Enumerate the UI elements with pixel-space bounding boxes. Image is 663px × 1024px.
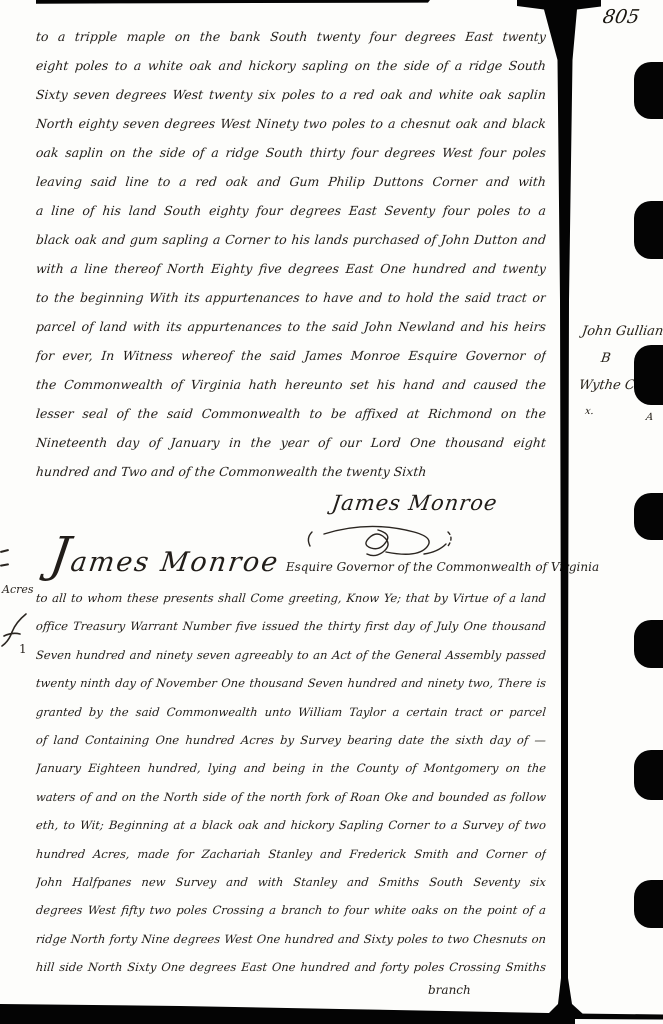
signature-flourish: [304, 520, 454, 564]
manuscript-line: eight poles to a white oak and hickory s…: [35, 51, 548, 80]
manuscript-line: twenty ninth day of November One thousan…: [35, 669, 547, 697]
deed1-paragraph: to a tripple maple on the bank South twe…: [36, 22, 546, 486]
manuscript-line: John Halfpanes new Survey and with Stanl…: [35, 868, 547, 896]
manuscript-line: to the beginning With its appurtenances …: [35, 283, 548, 312]
margin-mark: [0, 563, 9, 567]
manuscript-line: waters of and on the North side of the n…: [35, 783, 547, 811]
manuscript-line: January Eighteen hundred, lying and bein…: [35, 754, 547, 782]
index-tab: [634, 345, 663, 405]
folio-number: 805: [601, 6, 641, 28]
facing-page-margin-line: B: [600, 351, 612, 366]
manuscript-line: of land Containing One hundred Acres by …: [35, 726, 547, 754]
scan-edge-artifact-bottom-left: [0, 1004, 575, 1024]
margin-number-mark: 1: [19, 642, 27, 656]
manuscript-line: degrees West fifty two poles Crossing a …: [35, 896, 547, 924]
manuscript-line: for ever, In Witness whereof the said Ja…: [35, 341, 548, 370]
facing-page-margin-line: John Gullian: [581, 324, 663, 339]
index-tab: [634, 62, 663, 119]
manuscript-line: the Commonwealth of Virginia hath hereun…: [35, 370, 548, 399]
manuscript-line: to all to whom these presents shall Come…: [35, 584, 547, 612]
deed2-grantor-name: James Monroe: [45, 526, 284, 592]
facing-page-margin-line: Wythe C: [578, 378, 636, 393]
manuscript-line: to a tripple maple on the bank South twe…: [35, 22, 548, 51]
manuscript-line: a line of his land South eighty four deg…: [35, 196, 548, 225]
manuscript-line: office Treasury Warrant Number five issu…: [35, 612, 547, 640]
manuscript-line: Sixty seven degrees West twenty six pole…: [35, 80, 548, 109]
index-tab: [634, 493, 663, 540]
facing-page-margin-line: x.: [584, 406, 594, 417]
signature-row: James Monroe: [36, 486, 546, 522]
james-monroe-signature: James Monroe: [330, 486, 500, 520]
catchword: branch: [428, 981, 546, 999]
margin-acres-label: Acres: [2, 583, 34, 596]
deed2-opening: James MonroeEsquire Governor of the Comm…: [36, 526, 546, 584]
index-tab: [634, 201, 663, 259]
manuscript-line: lesser seal of the said Commonwealth to …: [35, 399, 548, 428]
manuscript-line: hundred Acres, made for Zachariah Stanle…: [35, 840, 547, 868]
index-tab: [634, 750, 663, 800]
manuscript-line: ridge North forty Nine degrees West One …: [35, 925, 547, 953]
scanned-deed-page: 805 to a tripple maple on the bank South…: [0, 0, 663, 1024]
manuscript-line: North eighty seven degrees West Ninety t…: [35, 109, 548, 138]
scan-edge-artifact-bottom-right: [575, 1014, 663, 1020]
index-tab: [634, 620, 663, 668]
manuscript-line: black oak and gum sapling a Corner to hi…: [35, 225, 548, 254]
manuscript-line: hill side North Sixty One degrees East O…: [35, 953, 547, 981]
manuscript-line: parcel of land with its appurtenances to…: [35, 312, 548, 341]
manuscript-line: leaving said line to a red oak and Gum P…: [35, 167, 548, 196]
deed2-paragraph: to all to whom these presents shall Come…: [36, 584, 546, 981]
deed-text-block: to a tripple maple on the bank South twe…: [36, 22, 546, 999]
manuscript-line: oak saplin on the side of a ridge South …: [35, 138, 548, 167]
manuscript-line: eth, to Wit; Beginning at a black oak an…: [35, 811, 547, 839]
facing-page-margin-line: A: [645, 412, 654, 423]
margin-mark: [0, 549, 9, 553]
manuscript-line: with a line thereof North Eighty five de…: [35, 254, 548, 283]
manuscript-line: Nineteenth day of January in the year of…: [35, 428, 548, 457]
manuscript-line: granted by the said Commonwealth unto Wi…: [35, 698, 547, 726]
manuscript-line: Seven hundred and ninety seven agreeably…: [35, 641, 547, 669]
index-tab: [634, 880, 663, 928]
scan-edge-artifact-top: [36, 0, 430, 4]
manuscript-line: hundred and Two and of the Commonwealth …: [35, 457, 548, 486]
